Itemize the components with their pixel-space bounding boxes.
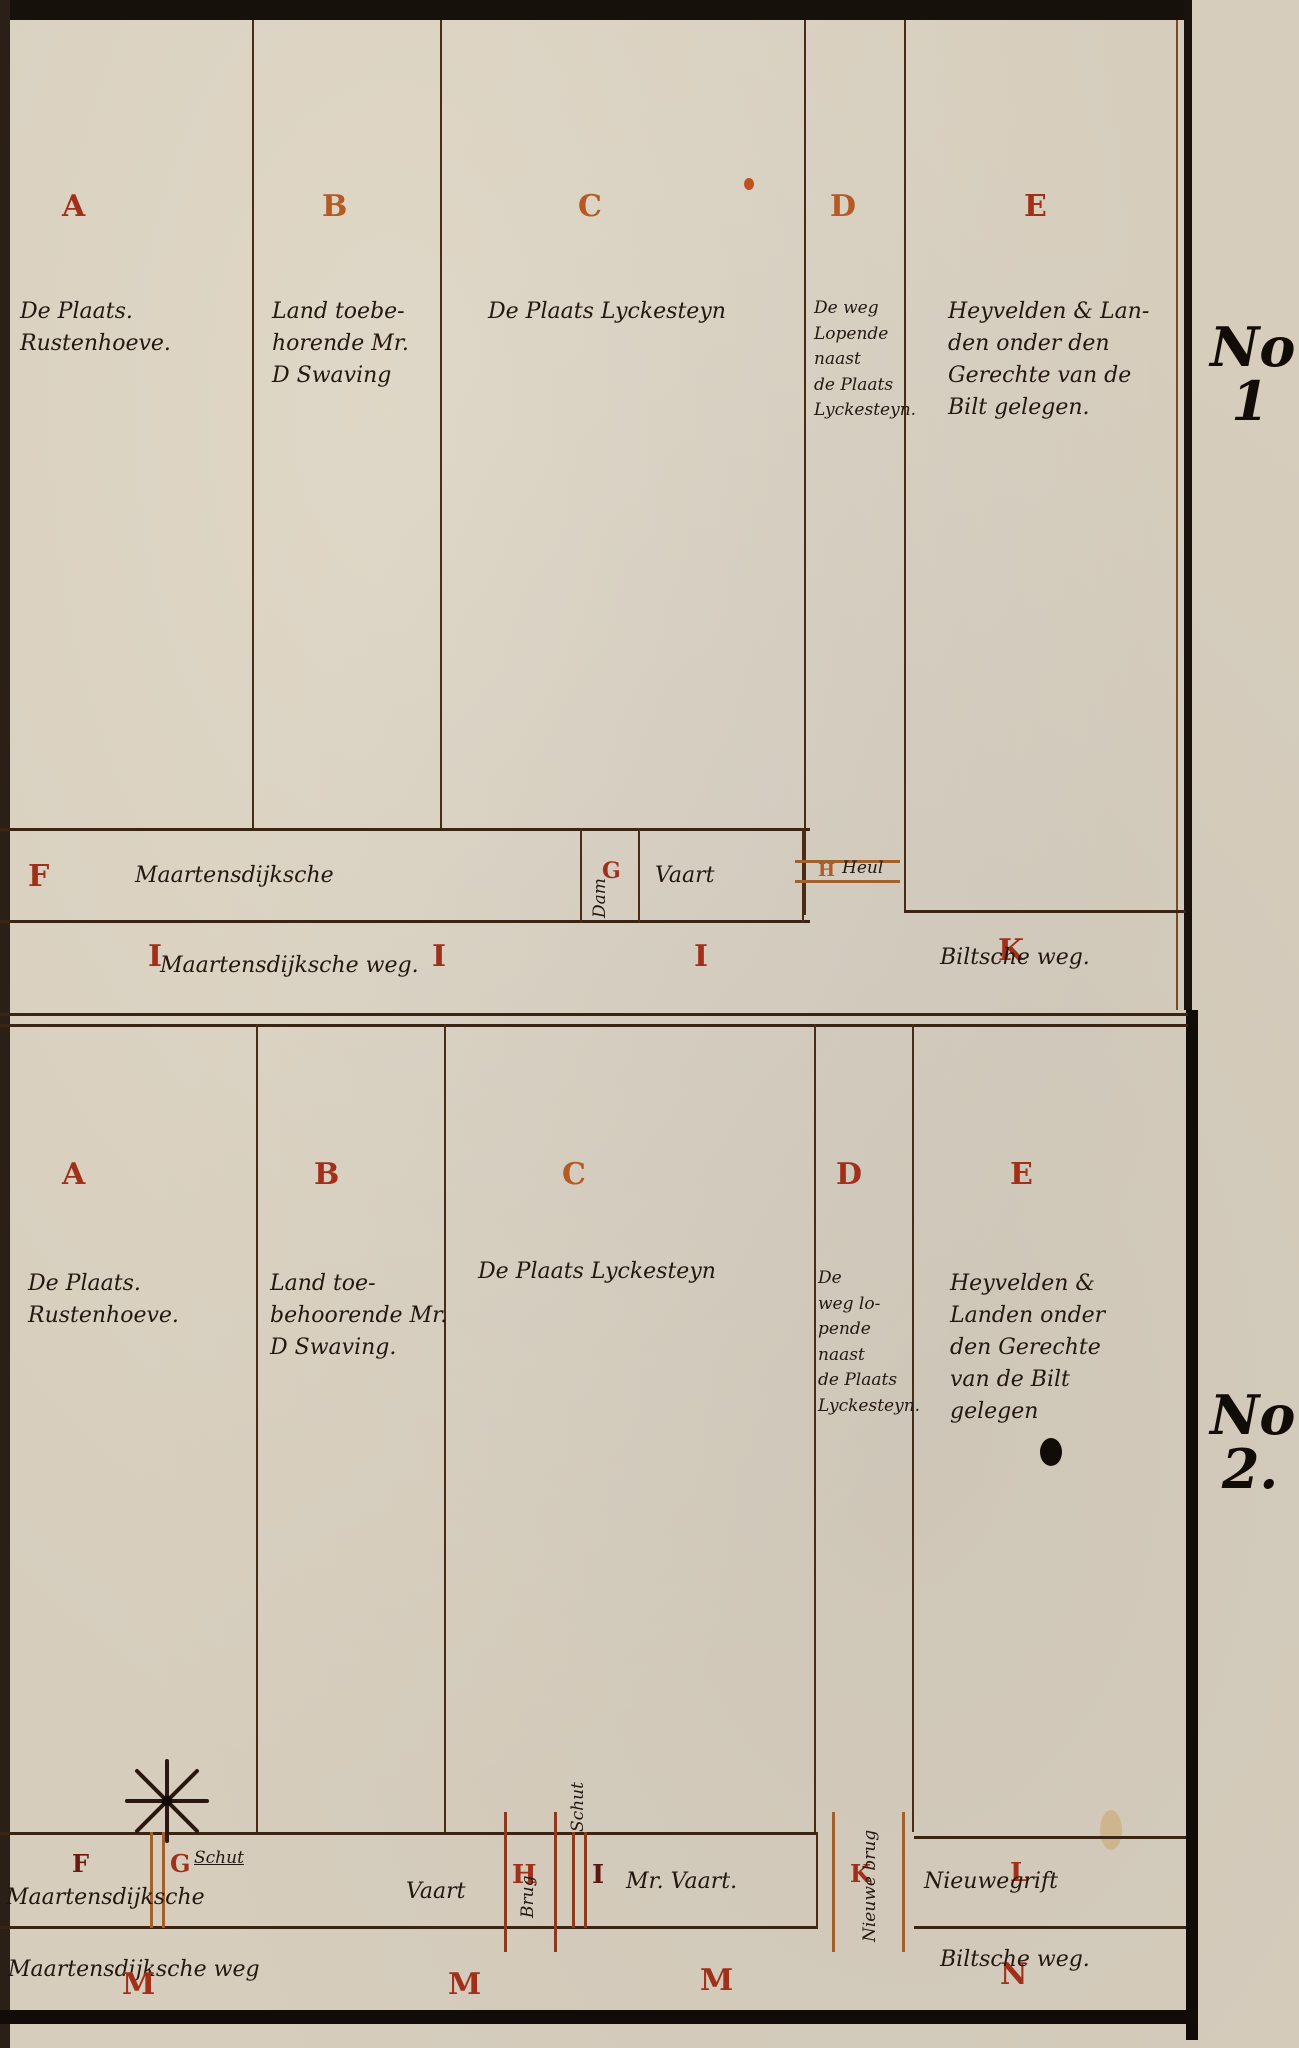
divider-a-b — [252, 20, 254, 828]
section-1-number: No 1 — [1210, 320, 1290, 428]
nieuwegrift-bottom-rule — [914, 1926, 1186, 1929]
schut-vertical-label: Schut — [566, 1782, 592, 1832]
parcel-letter-a: A — [62, 1160, 85, 1190]
strip-letter-h: H — [818, 862, 835, 880]
parcel-letter-c: C — [562, 1160, 586, 1190]
ink-blot — [1040, 1438, 1062, 1466]
parcel-e-label: Heyvelden & Landen onder den Gerechte va… — [950, 1268, 1105, 1427]
strip-l-label: Nieuwegrift — [924, 1866, 1058, 1898]
parcel-b-label: Land toe- behoorende Mr. D Swaving. — [270, 1268, 447, 1364]
divider-c-d — [804, 20, 806, 915]
strip-f-label: Maartensdijksche — [6, 1882, 205, 1914]
parcel-letter-b: B — [314, 1160, 339, 1190]
divider-c-d — [814, 1024, 816, 1832]
parcel-letter-e: E — [1024, 192, 1047, 222]
brug-rule-right — [554, 1812, 557, 1952]
parcel-a-label: De Plaats. Rustenhoeve. — [20, 296, 171, 360]
divider-d-e — [904, 20, 906, 910]
strip-h-label: Heul — [842, 856, 883, 882]
water-stain — [1100, 1810, 1122, 1850]
road-letter-i-2: I — [432, 942, 446, 972]
strip-f-label: Maartensdijksche — [135, 860, 334, 892]
strip-g-label: Dam — [588, 878, 614, 918]
parcel-e-label: Heyvelden & Lan- den onder den Gerechte … — [948, 296, 1149, 424]
compass-star-icon — [122, 1756, 212, 1846]
parcel-b-label: Land toebe- horende Mr. D Swaving — [272, 296, 409, 392]
inner-right-rule — [1176, 20, 1178, 1010]
road-bottom-rule-1 — [0, 1013, 1188, 1016]
divider-b-c — [444, 1024, 446, 1832]
parcel-d-label: De weg Lopende naast de Plaats Lyckestey… — [814, 296, 916, 424]
schut-rule-2 — [584, 1832, 587, 1928]
strip-vaart-label: Vaart — [655, 860, 714, 892]
divider-d-e — [912, 1024, 914, 1832]
vaart-end-rule — [816, 1832, 818, 1928]
nieuwe-brug-rule-right — [902, 1812, 905, 1952]
schut-rule-1 — [572, 1832, 575, 1928]
road-letter-m-2: M — [448, 1970, 481, 2000]
road-letter-m-1: M — [122, 1970, 155, 2000]
frame-bottom-border — [0, 2010, 1198, 2024]
parcel-c-label: De Plaats Lyckesteyn — [478, 1256, 716, 1288]
strip-i-label: Mr. Vaart. — [626, 1866, 737, 1898]
strip-letter-f: F — [72, 1852, 89, 1876]
parcel-letter-c: C — [578, 192, 602, 222]
parcel-letter-a: A — [62, 192, 85, 222]
strip-bottom-rule — [0, 1926, 818, 1929]
road-letter-i-3: I — [694, 942, 708, 972]
frame-right-border-section1 — [1184, 0, 1192, 1010]
parcel-letter-d: D — [830, 192, 856, 222]
road-letter-m-3: M — [700, 1966, 733, 1996]
number-value: 1 — [1231, 369, 1269, 433]
nieuwegrift-top-rule — [914, 1836, 1186, 1839]
parcel-letter-e: E — [1010, 1160, 1033, 1190]
frame-right-border-section2 — [1186, 1010, 1198, 2040]
divider-b-c — [440, 20, 442, 828]
parcel-a-label: De Plaats. Rustenhoeve. — [28, 1268, 179, 1332]
strip-bottom-rule — [0, 920, 810, 923]
parcel-d-label: De weg lo- pende naast de Plaats Lyckest… — [818, 1266, 920, 1419]
frame-top-border — [0, 0, 1190, 20]
parcel-c-label: De Plaats Lyckesteyn — [488, 296, 726, 328]
strip-letter-i: I — [592, 1862, 604, 1888]
parcel-letter-b: B — [322, 192, 347, 222]
strip-g-label: Schut — [194, 1846, 244, 1872]
strip-vaart-label: Vaart — [406, 1876, 465, 1908]
number-value: 2. — [1222, 1437, 1278, 1501]
road-k-label: Biltsche weg. — [940, 942, 1090, 974]
brug-rule-left — [504, 1812, 507, 1952]
ink-stain — [744, 178, 754, 190]
road-n-label: Biltsche weg. — [940, 1944, 1090, 1976]
dam-left-rule — [580, 828, 582, 923]
strip-letter-f: F — [28, 862, 49, 892]
strip-h-label: Brug — [516, 1876, 542, 1918]
divider-a-b — [256, 1024, 258, 1832]
parcel-letter-d: D — [836, 1160, 862, 1190]
section-2-number: No 2. — [1210, 1388, 1290, 1496]
nieuwe-brug-rule-left — [832, 1812, 835, 1952]
vaart-end-rule — [802, 828, 804, 923]
strip-top-rule — [0, 828, 810, 831]
dam-right-rule — [638, 828, 640, 923]
road-bottom-rule-2 — [0, 1024, 1188, 1027]
road-label: Maartensdijksche weg. — [160, 950, 419, 982]
strip-k-label: Nieuwe brug — [858, 1830, 884, 1942]
parcel-e-bottom-rule — [904, 910, 1186, 913]
strip-letter-g: G — [170, 1852, 191, 1876]
